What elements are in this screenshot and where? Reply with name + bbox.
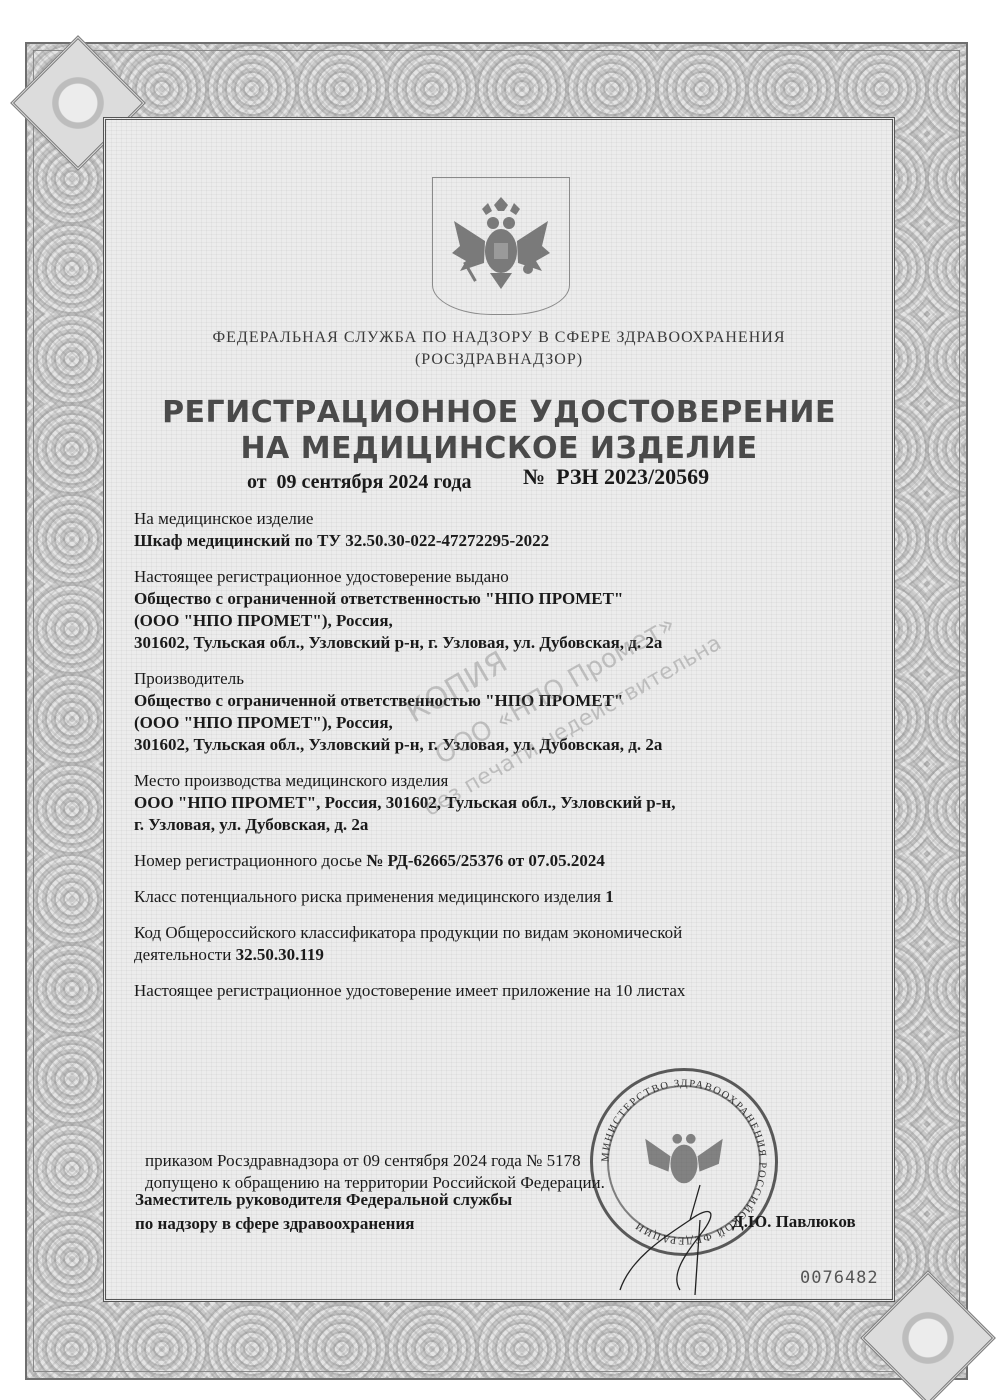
signer-title-line-2: по надзору в сфере здравоохранения — [135, 1212, 512, 1236]
handwritten-signature — [600, 1180, 760, 1300]
order-line-1: приказом Росздравнадзора от 09 сентября … — [145, 1150, 605, 1172]
device-name: Шкаф медицинский по ТУ 32.50.30-022-4727… — [134, 530, 834, 552]
agency-name: ФЕДЕРАЛЬНАЯ СЛУЖБА ПО НАДЗОРУ В СФЕРЕ ЗД… — [103, 327, 895, 371]
agency-line-1: ФЕДЕРАЛЬНАЯ СЛУЖБА ПО НАДЗОРУ В СФЕРЕ ЗД… — [103, 327, 895, 349]
holder-line: Общество с ограниченной ответственностью… — [134, 588, 834, 610]
risk-class-section: Класс потенциального риска применения ме… — [134, 886, 834, 908]
title-line-1: РЕГИСТРАЦИОННОЕ УДОСТОВЕРЕНИЕ — [103, 395, 895, 431]
serial-number: 0076482 — [800, 1268, 879, 1288]
signer-title: Заместитель руководителя Федеральной слу… — [135, 1188, 512, 1236]
device-section: На медицинское изделие Шкаф медицинский … — [134, 508, 834, 552]
okpd-section: Код Общероссийского классификатора проду… — [134, 922, 834, 966]
production-site-line: ООО "НПО ПРОМЕТ", Россия, 301602, Тульск… — [134, 792, 834, 814]
production-site-line: г. Узловая, ул. Дубовская, д. 2а — [134, 814, 834, 836]
issue-date: от 09 сентября 2024 года — [247, 471, 472, 494]
issued-label: Настоящее регистрационное удостоверение … — [134, 566, 834, 588]
risk-value: 1 — [605, 887, 614, 906]
okpd-label-cont: деятельности — [134, 945, 236, 964]
dossier-value: № РД-62665/25376 от 07.05.2024 — [366, 851, 605, 870]
agency-line-2: (РОСЗДРАВНАДЗОР) — [103, 349, 895, 371]
appendix-note: Настоящее регистрационное удостоверение … — [134, 980, 834, 1002]
title-line-2: НА МЕДИЦИНСКОЕ ИЗДЕЛИЕ — [103, 431, 895, 467]
dossier-label: Номер регистрационного досье — [134, 851, 366, 870]
okpd-label: Код Общероссийского классификатора проду… — [134, 922, 834, 944]
okpd-value: 32.50.30.119 — [236, 945, 324, 964]
certificate-number: № РЗН 2023/20569 — [523, 464, 709, 490]
holder-section: Настоящее регистрационное удостоверение … — [134, 566, 834, 654]
risk-label: Класс потенциального риска применения ме… — [134, 887, 605, 906]
dossier-section: Номер регистрационного досье № РД-62665/… — [134, 850, 834, 872]
document-title: РЕГИСТРАЦИОННОЕ УДОСТОВЕРЕНИЕ НА МЕДИЦИН… — [103, 395, 895, 467]
russian-coat-of-arms-icon — [432, 177, 570, 315]
signer-title-line-1: Заместитель руководителя Федеральной слу… — [135, 1188, 512, 1212]
holder-line: (ООО "НПО ПРОМЕТ"), Россия, — [134, 610, 834, 632]
appendix-section: Настоящее регистрационное удостоверение … — [134, 980, 834, 1002]
manufacturer-line: Общество с ограниченной ответственностью… — [134, 690, 834, 712]
device-label: На медицинское изделие — [134, 508, 834, 530]
